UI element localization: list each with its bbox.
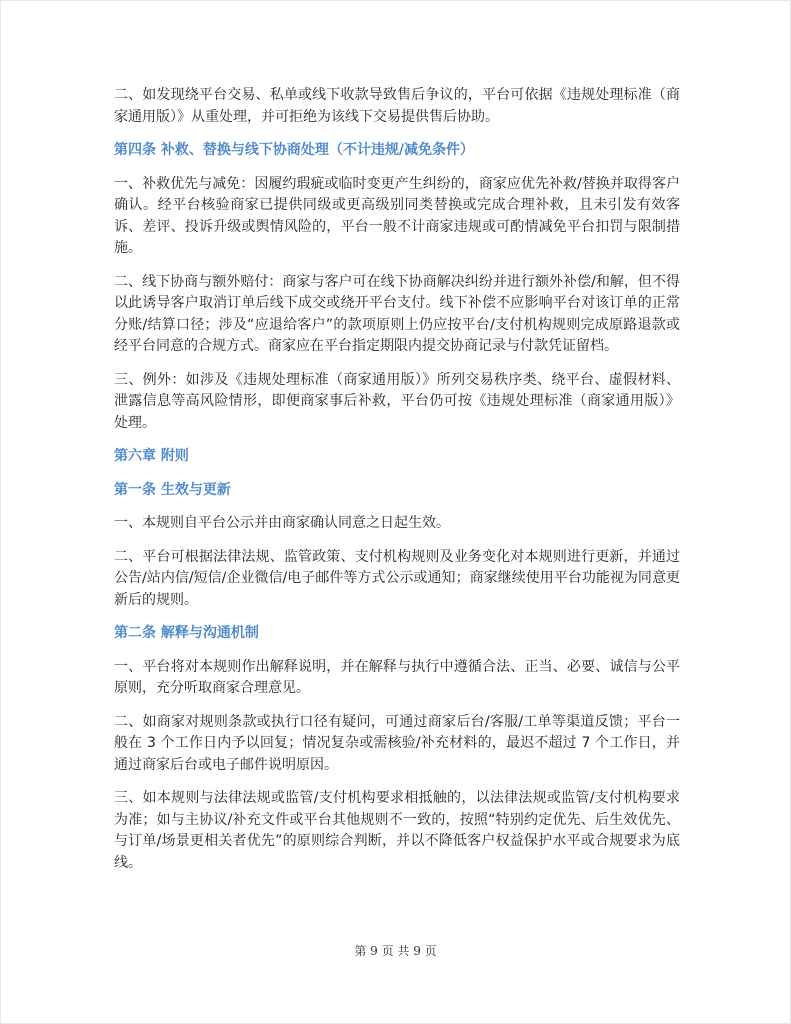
paragraph: 二、如发现绕平台交易、私单或线下收款导致售后争议的，平台可依据《违规处理标准（商…	[114, 85, 680, 128]
paragraph: 一、本规则自平台公示并由商家确认同意之日起生效。	[114, 513, 680, 535]
document-page: 二、如发现绕平台交易、私单或线下收款导致售后争议的，平台可依据《违规处理标准（商…	[0, 0, 791, 1024]
paragraph: 二、平台可根据法律法规、监管政策、支付机构规则及业务变化对本规则进行更新，并通过…	[114, 547, 680, 612]
document-body: 二、如发现绕平台交易、私单或线下收款导致售后争议的，平台可依据《违规处理标准（商…	[114, 85, 680, 886]
paragraph: 二、线下协商与额外赔付：商家与客户可在线下协商解决纠纷并进行额外补偿/和解，但不…	[114, 272, 680, 358]
paragraph: 一、补救优先与减免：因履约瑕疵或临时变更产生纠纷的，商家应优先补救/替换并取得客…	[114, 174, 680, 260]
chapter-heading: 第六章 附则	[114, 446, 680, 468]
paragraph: 三、例外：如涉及《违规处理标准（商家通用版）》所列交易秩序类、绕平台、虚假材料、…	[114, 370, 680, 435]
paragraph: 一、平台将对本规则作出解释说明，并在解释与执行中遵循合法、正当、必要、诚信与公平…	[114, 657, 680, 700]
section-heading: 第一条 生效与更新	[114, 480, 680, 502]
section-heading: 第二条 解释与沟通机制	[114, 623, 680, 645]
section-heading: 第四条 补救、替换与线下协商处理（不计违规/减免条件）	[114, 140, 680, 162]
paragraph: 二、如商家对规则条款或执行口径有疑问，可通过商家后台/客服/工单等渠道反馈；平台…	[114, 712, 680, 777]
paragraph: 三、如本规则与法律法规或监管/支付机构要求相抵触的，以法律法规或监管/支付机构要…	[114, 788, 680, 874]
page-number-footer: 第 9 页 共 9 页	[1, 942, 790, 959]
